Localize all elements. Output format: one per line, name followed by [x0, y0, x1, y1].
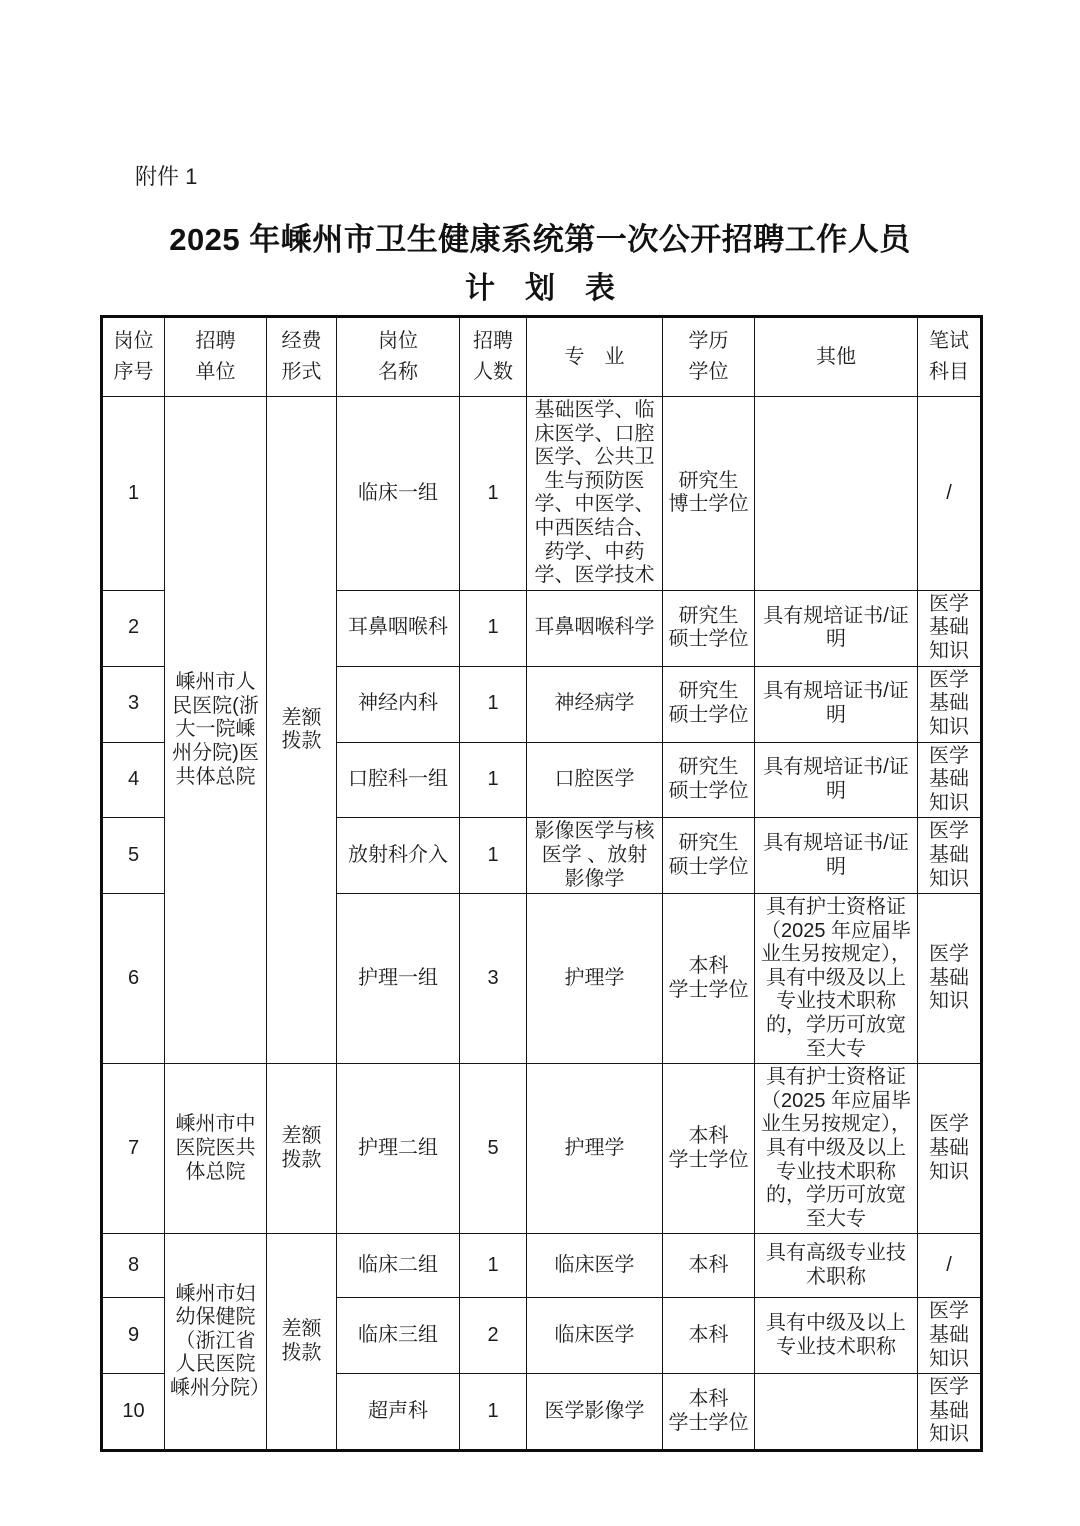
cell-major: 医学影像学 — [527, 1374, 663, 1451]
cell-count: 3 — [460, 894, 527, 1064]
column-header-job-no: 岗位 序号 — [102, 317, 165, 397]
cell-count: 1 — [460, 397, 527, 591]
cell-job-title: 护理二组 — [337, 1064, 460, 1234]
cell-job-no: 1 — [102, 397, 165, 591]
cell-degree: 研究生 硕士学位 — [663, 742, 755, 818]
cell-org: 嵊州市中医院医共体总院 — [165, 1064, 267, 1234]
column-header-exam: 笔试 科目 — [918, 317, 982, 397]
table-row: 8 嵊州市妇幼保健院（浙江省人民医院嵊州分院） 差额 拨款 临床二组 1 临床医… — [102, 1234, 982, 1298]
column-header-major: 专 业 — [527, 317, 663, 397]
column-header-degree: 学历 学位 — [663, 317, 755, 397]
cell-job-no: 8 — [102, 1234, 165, 1298]
cell-exam: 医学基础知识 — [918, 590, 982, 666]
cell-count: 1 — [460, 1234, 527, 1298]
column-header-org: 招聘 单位 — [165, 317, 267, 397]
cell-job-title: 临床三组 — [337, 1298, 460, 1374]
column-header-fund: 经费 形式 — [267, 317, 337, 397]
cell-org: 嵊州市妇幼保健院（浙江省人民医院嵊州分院） — [165, 1234, 267, 1451]
cell-major: 口腔医学 — [527, 742, 663, 818]
cell-count: 5 — [460, 1064, 527, 1234]
cell-job-no: 5 — [102, 818, 165, 894]
cell-fund: 差额 拨款 — [267, 1234, 337, 1451]
column-header-count: 招聘 人数 — [460, 317, 527, 397]
cell-job-no: 6 — [102, 894, 165, 1064]
cell-fund: 差额 拨款 — [267, 397, 337, 1064]
cell-major: 影像医学与核医学 、放射影像学 — [527, 818, 663, 894]
cell-count: 1 — [460, 1374, 527, 1451]
cell-exam: 医学基础知识 — [918, 1374, 982, 1451]
cell-exam: 医学基础知识 — [918, 818, 982, 894]
cell-other: 具有高级专业技术职称 — [755, 1234, 918, 1298]
attachment-label: 附件 1 — [135, 160, 197, 191]
cell-count: 1 — [460, 818, 527, 894]
cell-other: 具有护士资格证（2025 年应届毕业生另按规定），具有中级及以上专业技术职称的，… — [755, 894, 918, 1064]
cell-exam: / — [918, 397, 982, 591]
cell-count: 1 — [460, 666, 527, 742]
cell-other: 具有规培证书/证明 — [755, 590, 918, 666]
cell-job-title: 超声科 — [337, 1374, 460, 1451]
cell-job-title: 临床二组 — [337, 1234, 460, 1298]
document-page: 附件 1 2025 年嵊州市卫生健康系统第一次公开招聘工作人员 计 划 表 岗位… — [0, 0, 1080, 1526]
cell-other — [755, 397, 918, 591]
cell-exam: / — [918, 1234, 982, 1298]
cell-degree: 研究生 硕士学位 — [663, 590, 755, 666]
cell-other: 具有护士资格证（2025 年应届毕业生另按规定），具有中级及以上专业技术职称的，… — [755, 1064, 918, 1234]
cell-exam: 医学基础知识 — [918, 666, 982, 742]
cell-count: 2 — [460, 1298, 527, 1374]
cell-org: 嵊州市人民医院(浙大一院嵊州分院)医共体总院 — [165, 397, 267, 1064]
cell-job-no: 3 — [102, 666, 165, 742]
cell-major: 基础医学、临床医学、口腔医学、公共卫生与预防医学、中医学、中西医结合、药学、中药… — [527, 397, 663, 591]
cell-degree: 本科 — [663, 1234, 755, 1298]
cell-job-no: 4 — [102, 742, 165, 818]
cell-major: 耳鼻咽喉科学 — [527, 590, 663, 666]
cell-job-title: 临床一组 — [337, 397, 460, 591]
cell-other: 具有规培证书/证明 — [755, 818, 918, 894]
cell-job-title: 耳鼻咽喉科 — [337, 590, 460, 666]
cell-fund: 差额 拨款 — [267, 1064, 337, 1234]
cell-degree: 本科 — [663, 1298, 755, 1374]
cell-degree: 本科 学士学位 — [663, 1374, 755, 1451]
column-header-other: 其他 — [755, 317, 918, 397]
cell-major: 护理学 — [527, 1064, 663, 1234]
cell-job-no: 2 — [102, 590, 165, 666]
cell-degree: 本科 学士学位 — [663, 894, 755, 1064]
cell-job-title: 口腔科一组 — [337, 742, 460, 818]
cell-exam: 医学基础知识 — [918, 1064, 982, 1234]
cell-major: 神经病学 — [527, 666, 663, 742]
cell-exam: 医学基础知识 — [918, 1298, 982, 1374]
document-title-line2: 计 划 表 — [0, 263, 1080, 307]
cell-job-no: 7 — [102, 1064, 165, 1234]
table-row: 7 嵊州市中医院医共体总院 差额 拨款 护理二组 5 护理学 本科 学士学位 具… — [102, 1064, 982, 1234]
table-header-row: 岗位 序号 招聘 单位 经费 形式 岗位 名称 招聘 人数 专 业 学历 学位 … — [102, 317, 982, 397]
recruitment-plan-table: 岗位 序号 招聘 单位 经费 形式 岗位 名称 招聘 人数 专 业 学历 学位 … — [100, 315, 983, 1452]
cell-degree: 研究生 博士学位 — [663, 397, 755, 591]
cell-major: 临床医学 — [527, 1298, 663, 1374]
cell-job-no: 10 — [102, 1374, 165, 1451]
cell-job-title: 护理一组 — [337, 894, 460, 1064]
cell-exam: 医学基础知识 — [918, 742, 982, 818]
cell-other: 具有中级及以上专业技术职称 — [755, 1298, 918, 1374]
cell-job-title: 神经内科 — [337, 666, 460, 742]
document-title-line1: 2025 年嵊州市卫生健康系统第一次公开招聘工作人员 — [0, 214, 1080, 259]
cell-count: 1 — [460, 590, 527, 666]
cell-count: 1 — [460, 742, 527, 818]
cell-exam: 医学基础知识 — [918, 894, 982, 1064]
cell-other — [755, 1374, 918, 1451]
cell-other: 具有规培证书/证明 — [755, 666, 918, 742]
cell-major: 护理学 — [527, 894, 663, 1064]
table-row: 1 嵊州市人民医院(浙大一院嵊州分院)医共体总院 差额 拨款 临床一组 1 基础… — [102, 397, 982, 591]
cell-degree: 本科 学士学位 — [663, 1064, 755, 1234]
cell-degree: 研究生 硕士学位 — [663, 818, 755, 894]
cell-job-title: 放射科介入 — [337, 818, 460, 894]
column-header-job-title: 岗位 名称 — [337, 317, 460, 397]
cell-job-no: 9 — [102, 1298, 165, 1374]
cell-major: 临床医学 — [527, 1234, 663, 1298]
cell-degree: 研究生 硕士学位 — [663, 666, 755, 742]
cell-other: 具有规培证书/证明 — [755, 742, 918, 818]
